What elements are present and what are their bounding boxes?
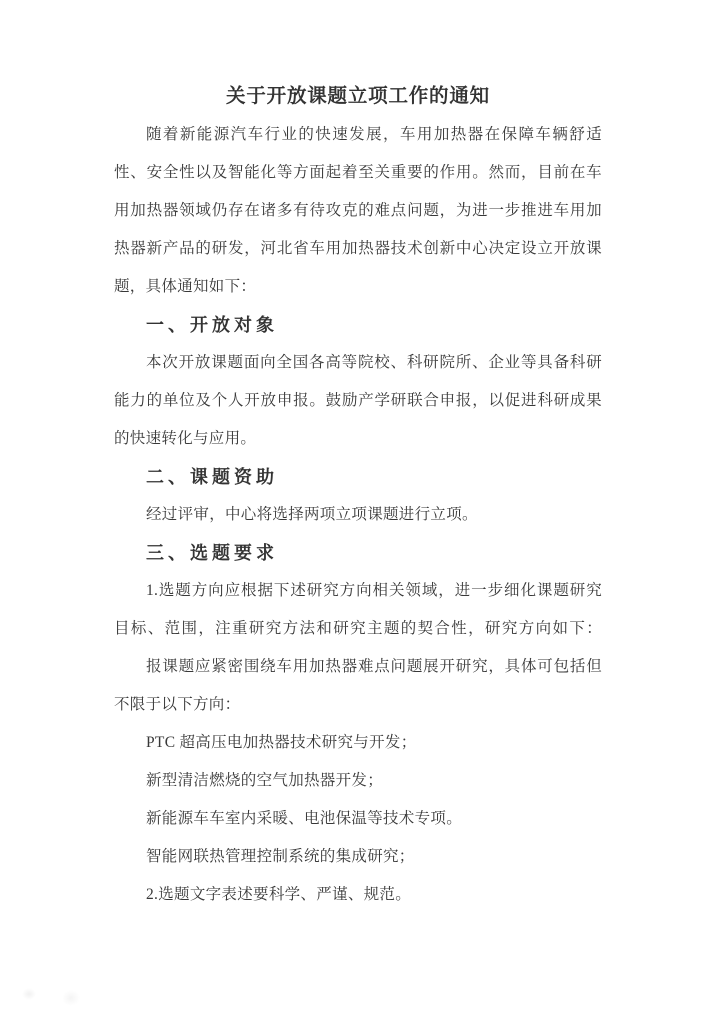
- section-heading-open-targets: 一、开放对象: [114, 306, 602, 344]
- text-line: 经过评审，中心将选择两项立项课题进行立项。: [114, 496, 602, 534]
- text-line: 热器新产品的研发，河北省车用加热器技术创新中心决定设立开放课: [114, 230, 602, 268]
- text-line: 题，具体通知如下：: [114, 268, 602, 306]
- text-line: 性、安全性以及智能化等方面起着至关重要的作用。然而，目前在车: [114, 154, 602, 192]
- research-direction-item: 新型清洁燃烧的空气加热器开发；: [114, 762, 602, 800]
- text-line: 本次开放课题面向全国各高等院校、科研院所、企业等具备科研: [114, 344, 602, 382]
- text-line: 随着新能源汽车行业的快速发展，车用加热器在保障车辆舒适: [114, 116, 602, 154]
- text-line: 目标、范围，注重研究方法和研究主题的契合性，研究方向如下：: [114, 610, 602, 648]
- section-heading-topic-requirements: 三、选题要求: [114, 534, 602, 572]
- text-line: 能力的单位及个人开放申报。鼓励产学研联合申报，以促进科研成果: [114, 382, 602, 420]
- document-page: 关于开放课题立项工作的通知 随着新能源汽车行业的快速发展，车用加热器在保障车辆舒…: [0, 0, 724, 1024]
- text-line: 不限于以下方向：: [114, 686, 602, 724]
- text-line: 用加热器领域仍存在诸多有待攻克的难点问题，为进一步推进车用加: [114, 192, 602, 230]
- section-heading-funding: 二、课题资助: [114, 458, 602, 496]
- text-line: 报课题应紧密围绕车用加热器难点问题展开研究，具体可包括但: [114, 648, 602, 686]
- scan-artifact: [62, 990, 80, 1006]
- document-title: 关于开放课题立项工作的通知: [114, 78, 602, 116]
- research-direction-item: PTC 超高压电加热器技术研究与开发；: [114, 724, 602, 762]
- scan-artifact: [22, 988, 36, 1000]
- text-line: 1.选题方向应根据下述研究方向相关领域，进一步细化课题研究: [114, 572, 602, 610]
- notice-document: 关于开放课题立项工作的通知 随着新能源汽车行业的快速发展，车用加热器在保障车辆舒…: [114, 78, 602, 914]
- research-direction-item: 新能源车车室内采暖、电池保温等技术专项。: [114, 800, 602, 838]
- text-line: 的快速转化与应用。: [114, 420, 602, 458]
- research-direction-item: 智能网联热管理控制系统的集成研究；: [114, 838, 602, 876]
- text-line: 2.选题文字表述要科学、严谨、规范。: [114, 876, 602, 914]
